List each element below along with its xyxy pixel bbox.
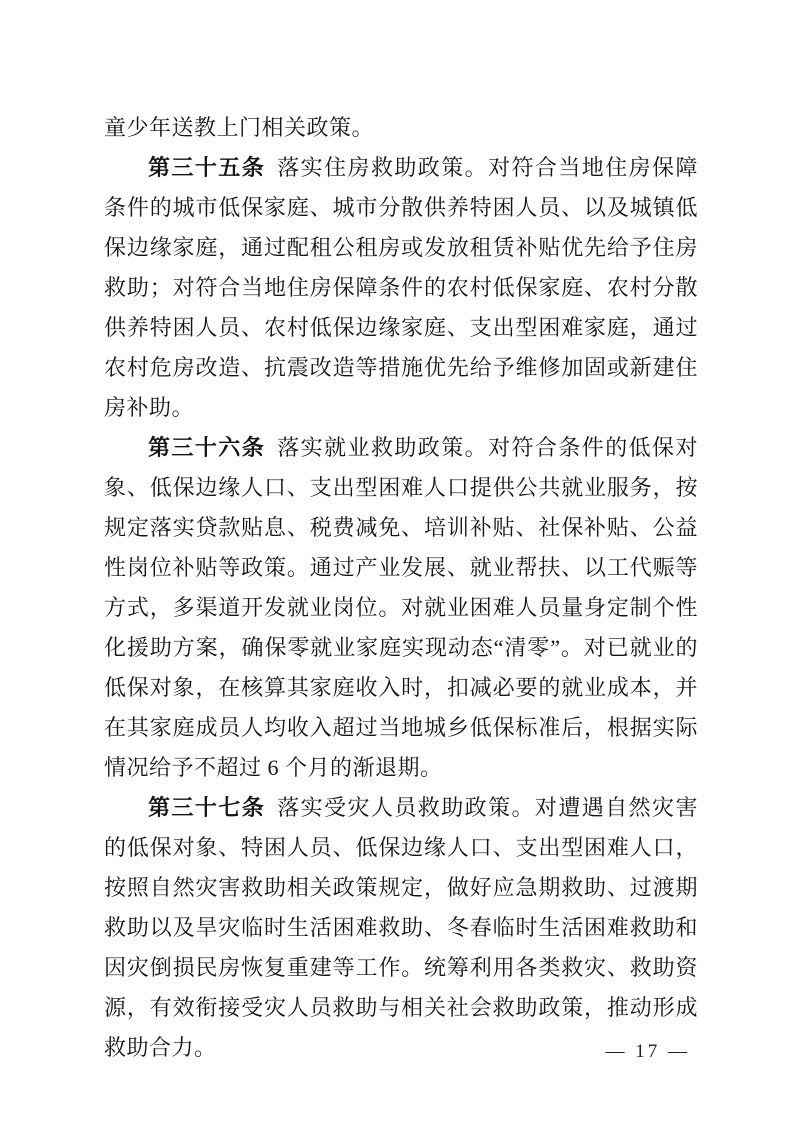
paragraph-article-35: 第三十五条落实住房救助政策。对符合当地住房保障条件的城市低保家庭、城市分散供养特… — [104, 148, 698, 428]
paragraph-article-36: 第三十六条落实就业救助政策。对符合条件的低保对象、低保边缘人口、支出型困难人口提… — [104, 428, 698, 788]
paragraph-text: 落实住房救助政策。对符合当地住房保障条件的城市低保家庭、城市分散供养特困人员、以… — [104, 155, 698, 420]
paragraph-continuation: 童少年送教上门相关政策。 — [104, 108, 698, 148]
paragraph-article-37: 第三十七条落实受灾人员救助政策。对遭遇自然灾害的低保对象、特困人员、低保边缘人口… — [104, 788, 698, 1068]
document-body: 童少年送教上门相关政策。 第三十五条落实住房救助政策。对符合当地住房保障条件的城… — [104, 108, 698, 1068]
article-number: 第三十五条 — [148, 155, 265, 180]
document-page: 童少年送教上门相关政策。 第三十五条落实住房救助政策。对符合当地住房保障条件的城… — [0, 0, 793, 1122]
paragraph-text: 落实受灾人员救助政策。对遭遇自然灾害的低保对象、特困人员、低保边缘人口、支出型困… — [104, 795, 698, 1060]
page-number: — 17 — — [606, 1040, 691, 1064]
article-number: 第三十六条 — [148, 435, 265, 460]
article-number: 第三十七条 — [148, 795, 265, 820]
paragraph-text: 童少年送教上门相关政策。 — [104, 115, 374, 140]
paragraph-text: 落实就业救助政策。对符合条件的低保对象、低保边缘人口、支出型困难人口提供公共就业… — [104, 435, 698, 780]
